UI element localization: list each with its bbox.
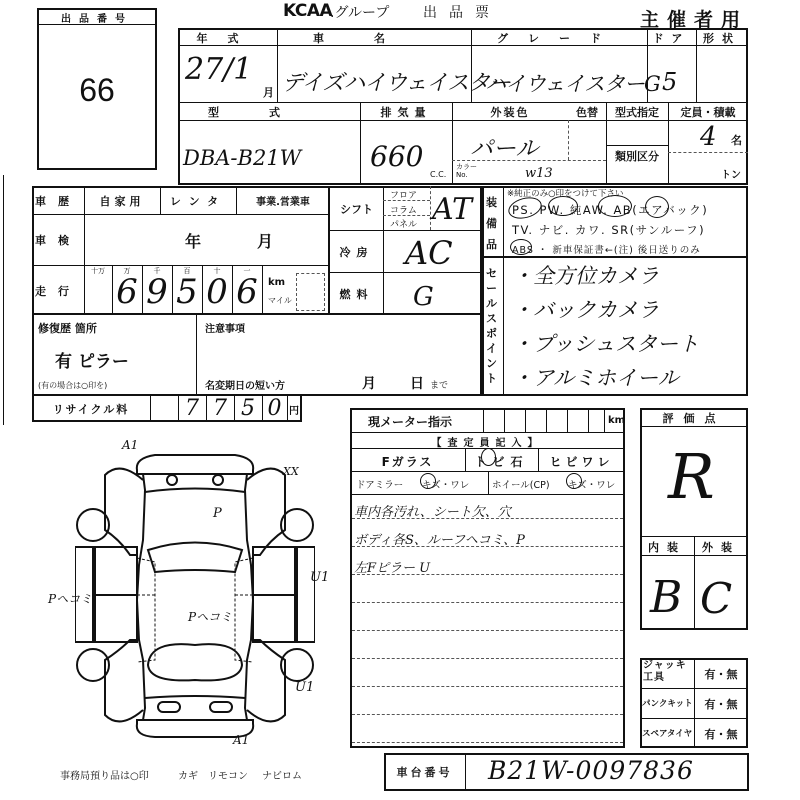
office-item-navirom[interactable]: ナビロム <box>262 767 302 782</box>
recycle-label: リサイクル料 <box>32 401 150 417</box>
chassis-label: 車台番号 <box>384 764 465 780</box>
circle-ab <box>645 196 669 218</box>
repair-value: 有 ピラー <box>55 347 129 372</box>
capacity-value: 4 <box>700 122 717 152</box>
recycle-digit: 0 <box>262 396 287 421</box>
year-label: 年式 <box>178 30 277 46</box>
score-label: 評価点 <box>640 410 748 426</box>
history-label: 車歴 <box>32 193 84 209</box>
diagram-mark-rear: A1 <box>233 733 249 747</box>
capacity-unit-persons: 名 <box>731 132 742 148</box>
tool-jack-value[interactable]: 有・無 <box>694 666 748 682</box>
shape-label: 形状 <box>696 30 748 46</box>
circle-pw <box>548 196 578 216</box>
tool-puncture-label: パンクキット <box>642 697 693 709</box>
name-change-day-unit: 日 <box>410 373 424 393</box>
sales-point-1: ・全方位カメラ <box>512 260 659 290</box>
diagram-mark-left-side: Pヘコミ <box>48 590 92 607</box>
equipment-label: 装備品 <box>486 192 500 255</box>
repair-note: (有の場合は○印を) <box>38 380 107 391</box>
exterior-value: C <box>700 574 732 623</box>
capacity-label: 定員・積載 <box>668 104 748 120</box>
mileage-digit: 6 <box>112 272 142 312</box>
office-item-key[interactable]: カギ <box>178 767 198 782</box>
model-label: 型式 <box>178 104 360 120</box>
recycle-digit: 7 <box>178 396 206 421</box>
door-value: 5 <box>662 68 677 96</box>
door-label: ドア <box>647 30 696 46</box>
meter-label: 現メーター指示 <box>350 413 470 430</box>
equipment-line-2: TV. ナビ. カワ. SR(サンルーフ) <box>512 222 705 238</box>
mileage-digit: 5 <box>172 272 202 312</box>
interior-label: 内装 <box>640 539 694 555</box>
inspection-month-unit: 月 <box>257 229 273 252</box>
category-label: 類別区分 <box>606 148 668 164</box>
windshield-crack[interactable]: ヒビワレ <box>538 453 625 470</box>
type-designation-label: 型式指定 <box>606 104 668 120</box>
diagram-mark-roof: Pヘコミ <box>188 608 232 625</box>
year-month-unit: 月 <box>263 84 276 100</box>
grade-value: ハイウェイスターG <box>485 68 660 98</box>
shift-option-floor[interactable]: フロア <box>390 188 417 201</box>
color-no-value: w13 <box>525 166 553 181</box>
inspector-title: 【査定員記入】 <box>350 434 625 449</box>
lot-label: 出品番号 <box>37 10 157 25</box>
diagram-mark-right-rear: U1 <box>295 680 314 695</box>
car-damage-diagram <box>75 440 315 750</box>
car-name-label: 車名 <box>277 30 471 46</box>
name-change-label: 名変期日の短い方 <box>205 377 285 392</box>
tool-spare-value[interactable]: 有・無 <box>694 726 748 742</box>
diagram-mark-front: A1 <box>122 438 138 452</box>
circle-aw <box>598 195 632 217</box>
displacement-unit: C.C. <box>430 170 446 179</box>
model-value: DBA-B21W <box>183 146 301 170</box>
history-option-rental[interactable]: レンタ <box>160 193 236 209</box>
color-value: パール <box>470 130 539 163</box>
windshield-chip[interactable]: トビ石 <box>465 453 538 470</box>
car-name-value: デイズハイウェイスター <box>282 66 510 97</box>
sales-point-4: ・アルミホイール <box>512 362 679 392</box>
mirror-label: ドアミラー <box>356 477 403 491</box>
color-no-label: カラーNo. <box>456 163 478 179</box>
form-title: 出品票 <box>423 2 501 22</box>
recycle-unit: 円 <box>289 402 299 417</box>
displacement-label: 排気量 <box>360 104 452 120</box>
interior-value: B <box>650 572 682 623</box>
inspection-year-unit: 年 <box>185 229 201 252</box>
circle-wheel <box>566 473 582 489</box>
tool-puncture-value[interactable]: 有・無 <box>694 696 748 712</box>
tool-jack-label: ジャッキ工具 <box>643 660 691 684</box>
mileage-digit: 6 <box>232 272 262 312</box>
office-note: 事務局預り品は○印 <box>60 767 149 782</box>
color-label: 外装色 <box>452 104 568 120</box>
shift-option-panel[interactable]: パネル <box>390 217 417 230</box>
circle-chip <box>481 448 496 466</box>
mileage-digit: 0 <box>202 272 232 312</box>
circle-mirror <box>420 473 436 489</box>
inspector-remark-2: ボディ各S、ルーフヘコミ、P <box>354 529 525 548</box>
diagram-mark-right-door: U1 <box>310 570 329 585</box>
displacement-value: 660 <box>370 140 423 173</box>
mileage-unit-mile: マイル <box>268 295 292 306</box>
inspection-label: 車検 <box>32 232 84 248</box>
history-option-commercial[interactable]: 事業.営業車 <box>236 193 330 208</box>
inspector-remark-1: 車内各汚れ、シート欠、穴 <box>354 501 511 520</box>
lot-number: 66 <box>37 72 157 109</box>
color-change-label: 色替 <box>568 104 606 120</box>
capacity-unit-tons: トン <box>721 166 741 181</box>
group-label: .グループ <box>330 2 389 22</box>
mile-checkbox[interactable] <box>296 273 325 311</box>
mileage-label: 走行 <box>32 283 84 299</box>
repair-label: 修復歴 箇所 <box>38 320 97 336</box>
mileage-unit-km: km <box>268 277 285 288</box>
ac-value: AC <box>405 234 453 272</box>
equipment-line-3: ABS ・ 新車保証書←(注) 後日送りのみ <box>512 242 701 256</box>
history-option-private[interactable]: 自家用 <box>84 193 160 209</box>
grade-label: グレード <box>471 30 647 46</box>
recycle-digit: 7 <box>206 396 234 421</box>
wheel-label: ホイール(CP) <box>492 477 550 491</box>
circle-abs <box>510 239 532 255</box>
inspector-remark-3: 左Fピラー U <box>354 557 430 576</box>
shift-value: AT <box>432 192 472 227</box>
fuel-value: G <box>413 282 434 312</box>
chassis-value: B21W-0097836 <box>488 756 694 785</box>
ac-label: 冷房 <box>330 244 383 260</box>
shift-label: シフト <box>330 201 383 217</box>
name-change-month-unit: 月 <box>362 373 376 393</box>
score-value: R <box>668 440 715 513</box>
sales-points-label: セールスポイント <box>486 266 500 386</box>
diagram-mark-front-right: XX <box>283 465 299 478</box>
mileage-digit: 9 <box>142 272 172 312</box>
mileage-digit-label: 十万 <box>84 266 112 276</box>
sales-point-2: ・バックカメラ <box>512 294 659 324</box>
brand-logo: KCAA <box>283 1 332 21</box>
year-value: 27/1 <box>185 52 252 87</box>
recycle-digit: 5 <box>234 396 262 421</box>
meter-unit: km <box>608 415 625 426</box>
shift-option-column[interactable]: コラム <box>390 203 417 216</box>
fuel-label: 燃料 <box>330 286 383 302</box>
notes-label: 注意事項 <box>205 320 245 335</box>
windshield-label: Fガラス <box>350 453 465 470</box>
sales-point-3: ・プッシュスタート <box>512 328 699 358</box>
office-item-remote[interactable]: リモコン <box>208 767 248 782</box>
diagram-mark-hood: P <box>213 506 222 521</box>
exterior-label: 外装 <box>694 539 748 555</box>
tool-spare-label: スペアタイヤ <box>642 727 692 739</box>
name-change-until: まで <box>430 378 448 391</box>
